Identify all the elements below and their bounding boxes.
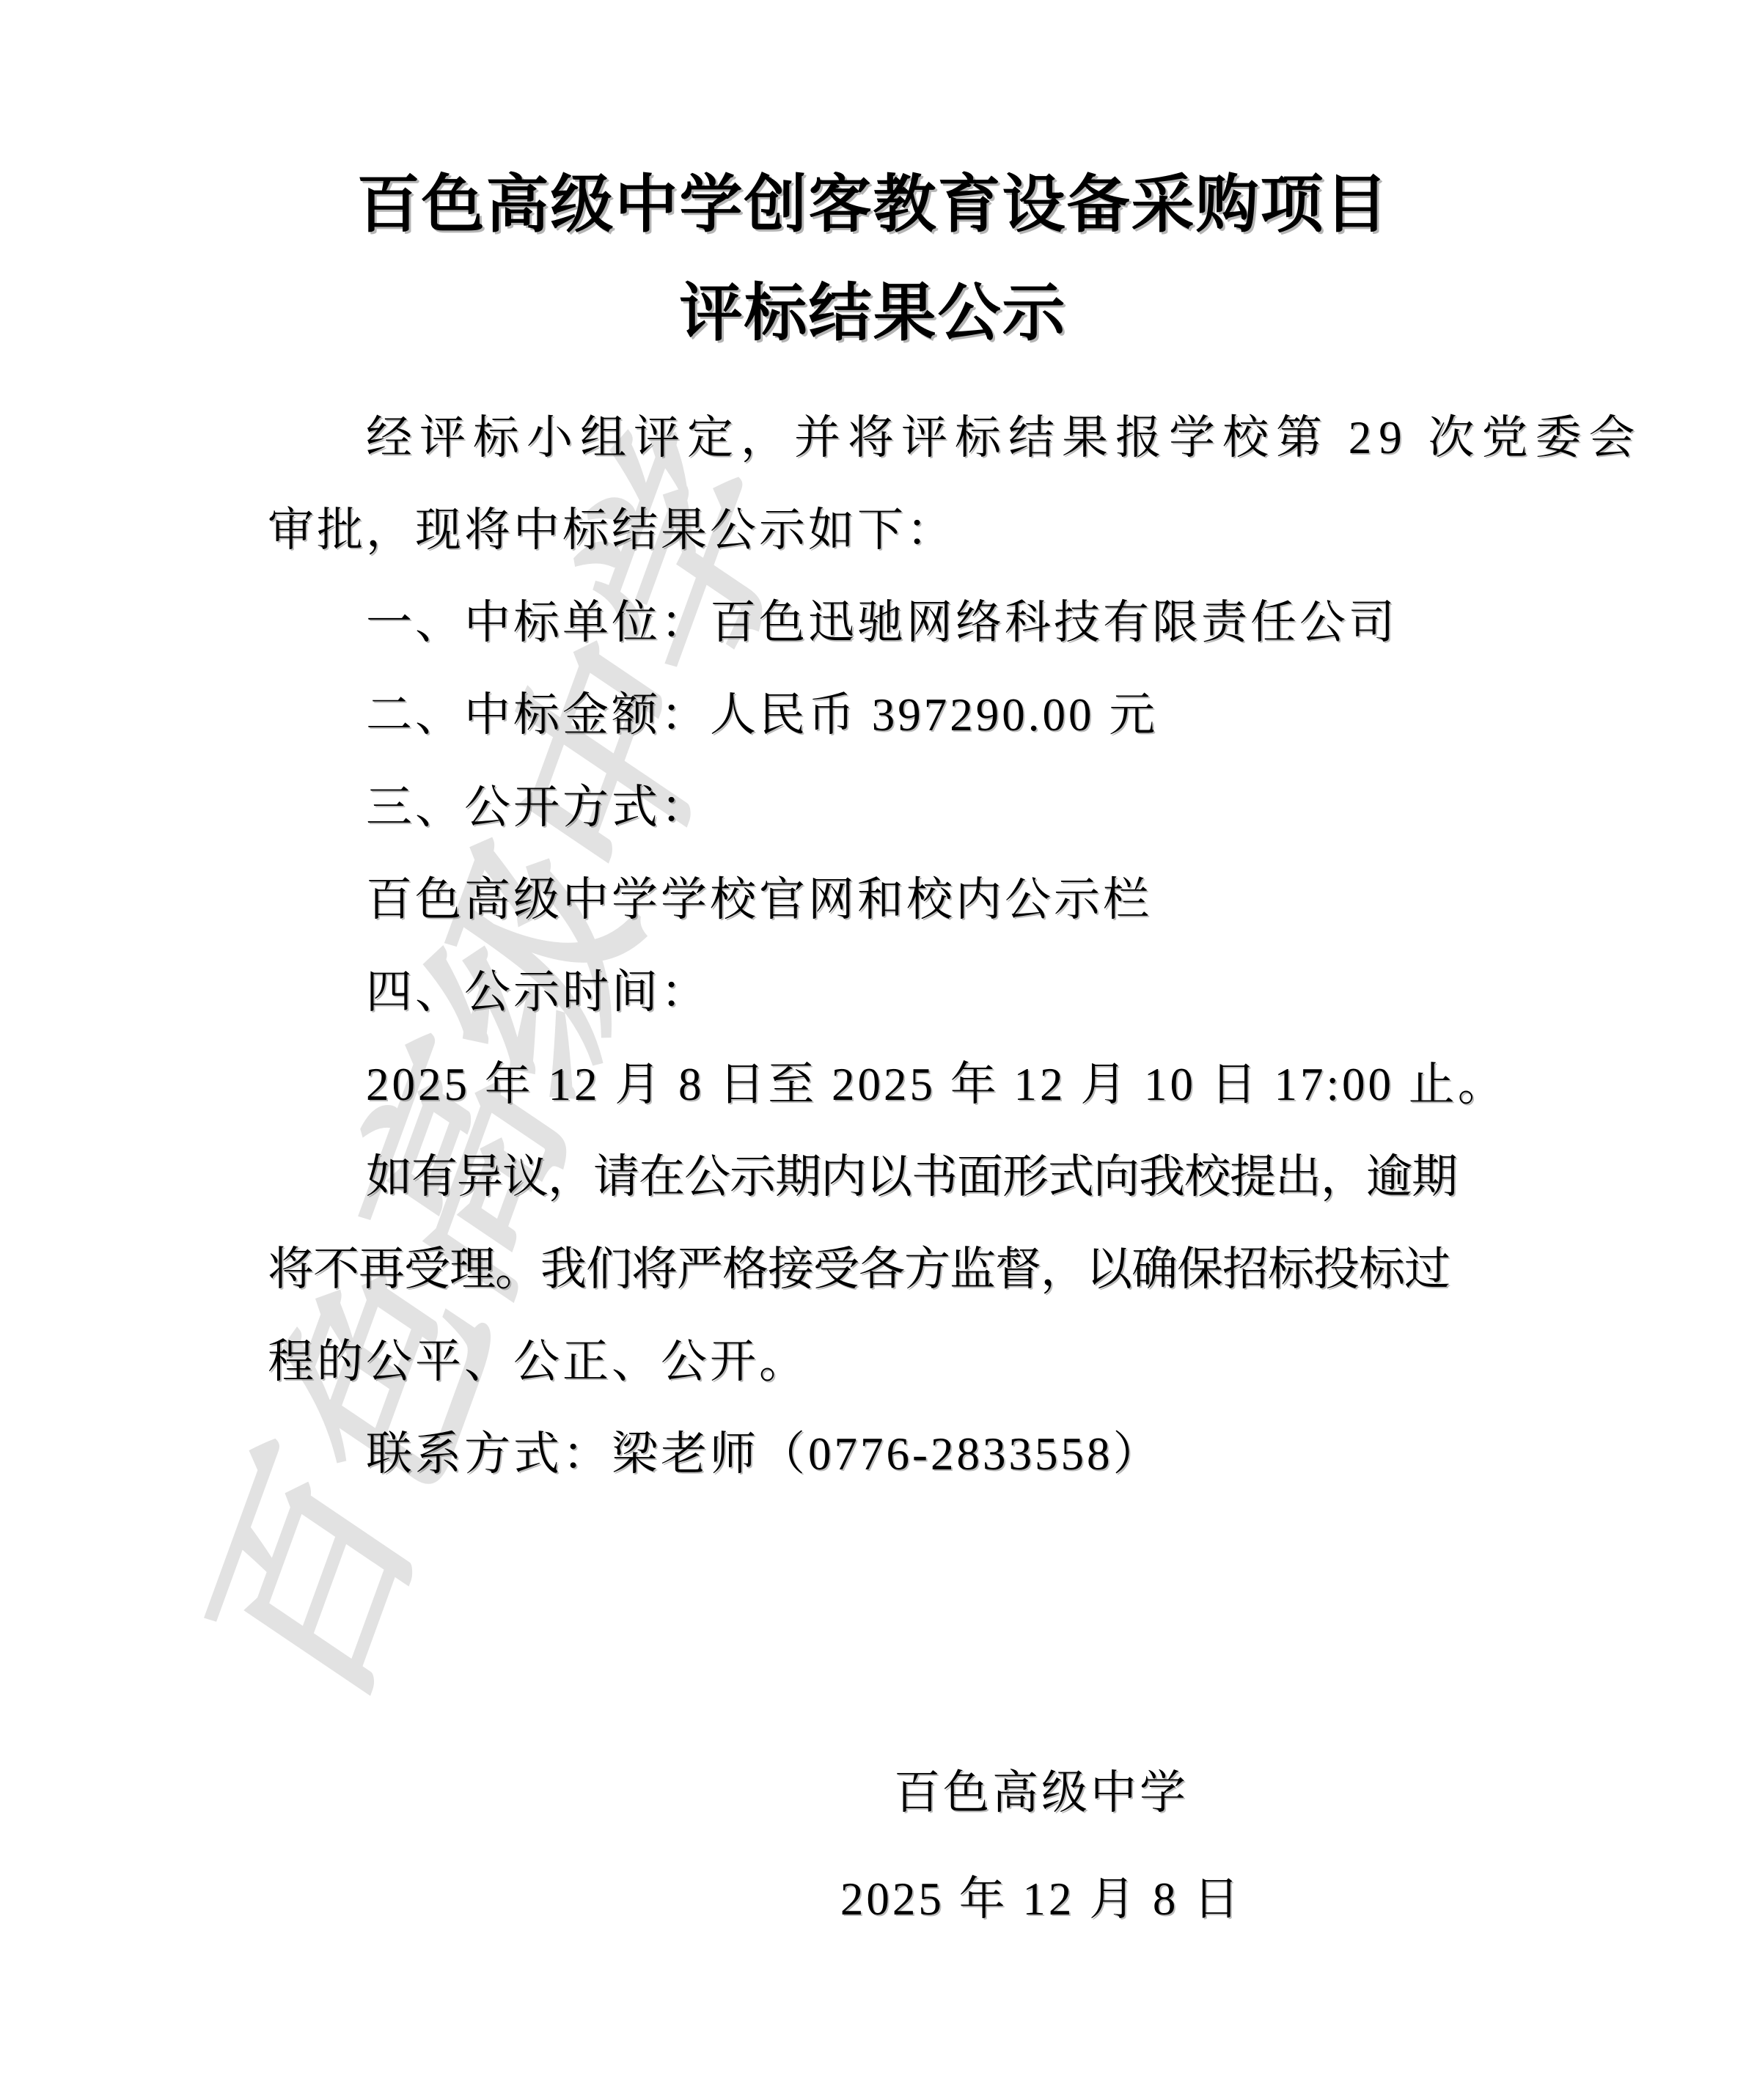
document-page: 百色高级中学 百色高级中学创客教育设备采购项目 评标结果公示 经评标小组评定，并… [0, 0, 1746, 2100]
body-line-period-value: 2025 年 12 月 8 日至 2025 年 12 月 10 日 17:00 … [268, 1038, 1485, 1131]
document-body: 经评标小组评定，并将评标结果报学校第 29 次党委会 审批，现将中标结果公示如下… [268, 392, 1485, 1500]
title-line-2: 评标结果公示 [0, 259, 1746, 367]
body-line-winner: 一、中标单位：百色迅驰网络科技有限责任公司 [268, 576, 1485, 669]
document-title: 百色高级中学创客教育设备采购项目 评标结果公示 [0, 150, 1746, 367]
signature-date: 2025 年 12 月 8 日 [726, 1866, 1357, 1932]
body-line: 如有异议，请在公示期内以书面形式向我校提出，逾期 [268, 1131, 1485, 1223]
body-line-method-label: 三、公开方式： [268, 761, 1485, 853]
body-line: 审批，现将中标结果公示如下： [268, 484, 1485, 576]
body-line-method-value: 百色高级中学学校官网和校内公示栏 [268, 853, 1485, 946]
body-line: 经评标小组评定，并将评标结果报学校第 29 次党委会 [268, 392, 1485, 484]
body-line: 将不再受理。我们将严格接受各方监督，以确保招标投标过 [268, 1223, 1485, 1315]
signature-organization: 百色高级中学 [726, 1760, 1357, 1826]
body-line: 程的公平、公正、公开。 [268, 1315, 1485, 1408]
body-line-amount: 二、中标金额：人民币 397290.00 元 [268, 669, 1485, 761]
body-line-contact: 联系方式：梁老师（0776-2833558） [268, 1408, 1485, 1500]
body-line-period-label: 四、公示时间： [268, 946, 1485, 1038]
title-line-1: 百色高级中学创客教育设备采购项目 [0, 150, 1746, 259]
